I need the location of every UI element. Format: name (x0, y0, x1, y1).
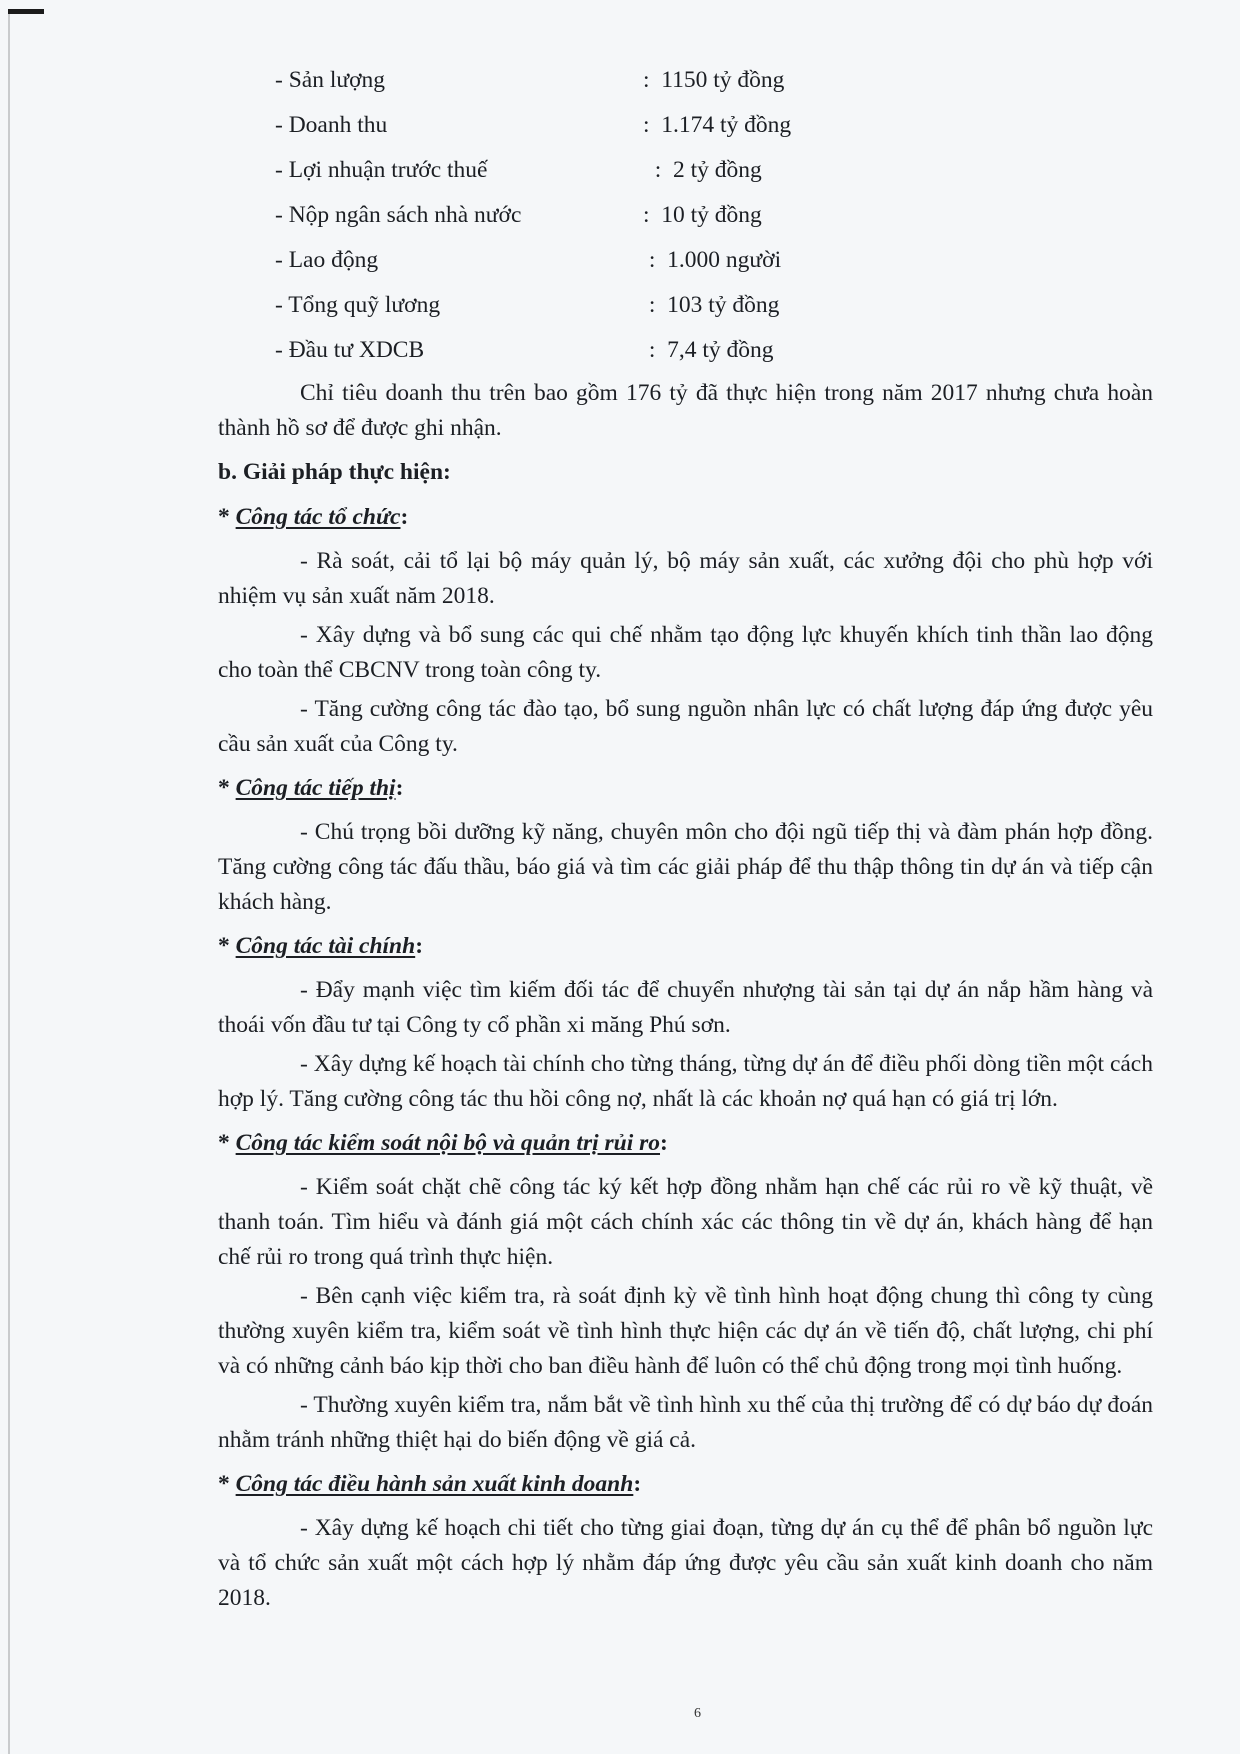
target-value: : 10 tỷ đồng (643, 193, 1153, 238)
subsection-heading: * Công tác tài chính: (218, 924, 1153, 969)
solution-item: - Bên cạnh việc kiểm tra, rà soát định k… (218, 1279, 1153, 1384)
target-label: - Lợi nhuận trước thuế (218, 148, 643, 193)
target-row: - Nộp ngân sách nhà nước: 10 tỷ đồng (218, 193, 1153, 238)
page-number: 6 (694, 1706, 701, 1722)
solution-item: - Xây dựng kế hoạch tài chính cho từng t… (218, 1047, 1153, 1117)
solution-item: - Xây dựng và bổ sung các qui chế nhằm t… (218, 618, 1153, 688)
bullet-star: * (218, 1471, 236, 1497)
revenue-note: Chỉ tiêu doanh thu trên bao gồm 176 tỷ đ… (218, 376, 1153, 446)
solution-item: - Kiểm soát chặt chẽ công tác ký kết hợp… (218, 1170, 1153, 1275)
target-label: - Tổng quỹ lương (218, 283, 643, 328)
solution-item: - Rà soát, cải tổ lại bộ máy quản lý, bộ… (218, 544, 1153, 614)
target-row: - Sản lượng: 1150 tỷ đồng (218, 58, 1153, 103)
bullet-star: * (218, 933, 236, 959)
target-label: - Sản lượng (218, 58, 643, 103)
target-row: - Lao động : 1.000 người (218, 238, 1153, 283)
target-label: - Doanh thu (218, 103, 643, 148)
subsection-colon: : (396, 775, 404, 801)
bullet-star: * (218, 775, 236, 801)
target-value: : 1150 tỷ đồng (643, 58, 1153, 103)
target-label: - Lao động (218, 238, 643, 283)
target-value: : 2 tỷ đồng (643, 148, 1153, 193)
scan-corner-mark (8, 9, 44, 14)
subsection-title: Công tác điều hành sản xuất kinh doanh (236, 1471, 634, 1497)
document-body: - Sản lượng: 1150 tỷ đồng - Doanh thu: 1… (218, 58, 1153, 1620)
subsection-colon: : (415, 933, 423, 959)
subsection-heading: * Công tác tiếp thị: (218, 766, 1153, 811)
solutions-sections: * Công tác tổ chức:- Rà soát, cải tổ lại… (218, 495, 1153, 1616)
target-value: : 7,4 tỷ đồng (643, 328, 1153, 373)
subsection-heading: * Công tác tổ chức: (218, 495, 1153, 540)
target-label: - Nộp ngân sách nhà nước (218, 193, 643, 238)
target-value: : 103 tỷ đồng (643, 283, 1153, 328)
subsection-title: Công tác kiểm soát nội bộ và quản trị rủ… (236, 1130, 660, 1156)
target-row: - Đầu tư XDCB : 7,4 tỷ đồng (218, 328, 1153, 373)
target-row: - Lợi nhuận trước thuế : 2 tỷ đồng (218, 148, 1153, 193)
target-row: - Tổng quỹ lương : 103 tỷ đồng (218, 283, 1153, 328)
solution-item: - Tăng cường công tác đào tạo, bổ sung n… (218, 692, 1153, 762)
target-value: : 1.000 người (643, 238, 1153, 283)
subsection-title: Công tác tài chính (236, 933, 416, 959)
targets-list: - Sản lượng: 1150 tỷ đồng - Doanh thu: 1… (218, 58, 1153, 373)
solution-item: - Chú trọng bồi dưỡng kỹ năng, chuyên mô… (218, 815, 1153, 920)
section-heading: b. Giải pháp thực hiện: (218, 450, 1153, 495)
subsection-heading: * Công tác điều hành sản xuất kinh doanh… (218, 1462, 1153, 1507)
document-page: - Sản lượng: 1150 tỷ đồng - Doanh thu: 1… (0, 0, 1240, 1754)
subsection-title: Công tác tổ chức (236, 504, 401, 530)
solution-item: - Đẩy mạnh việc tìm kiếm đối tác để chuy… (218, 973, 1153, 1043)
target-value: : 1.174 tỷ đồng (643, 103, 1153, 148)
scan-edge (8, 12, 10, 1754)
subsection-title: Công tác tiếp thị (236, 775, 396, 801)
subsection-colon: : (401, 504, 409, 530)
bullet-star: * (218, 1130, 236, 1156)
solution-item: - Xây dựng kế hoạch chi tiết cho từng gi… (218, 1511, 1153, 1616)
subsection-colon: : (633, 1471, 641, 1497)
target-row: - Doanh thu: 1.174 tỷ đồng (218, 103, 1153, 148)
target-label: - Đầu tư XDCB (218, 328, 643, 373)
subsection-colon: : (660, 1130, 668, 1156)
solution-item: - Thường xuyên kiểm tra, nắm bắt về tình… (218, 1388, 1153, 1458)
bullet-star: * (218, 504, 236, 530)
subsection-heading: * Công tác kiểm soát nội bộ và quản trị … (218, 1121, 1153, 1166)
